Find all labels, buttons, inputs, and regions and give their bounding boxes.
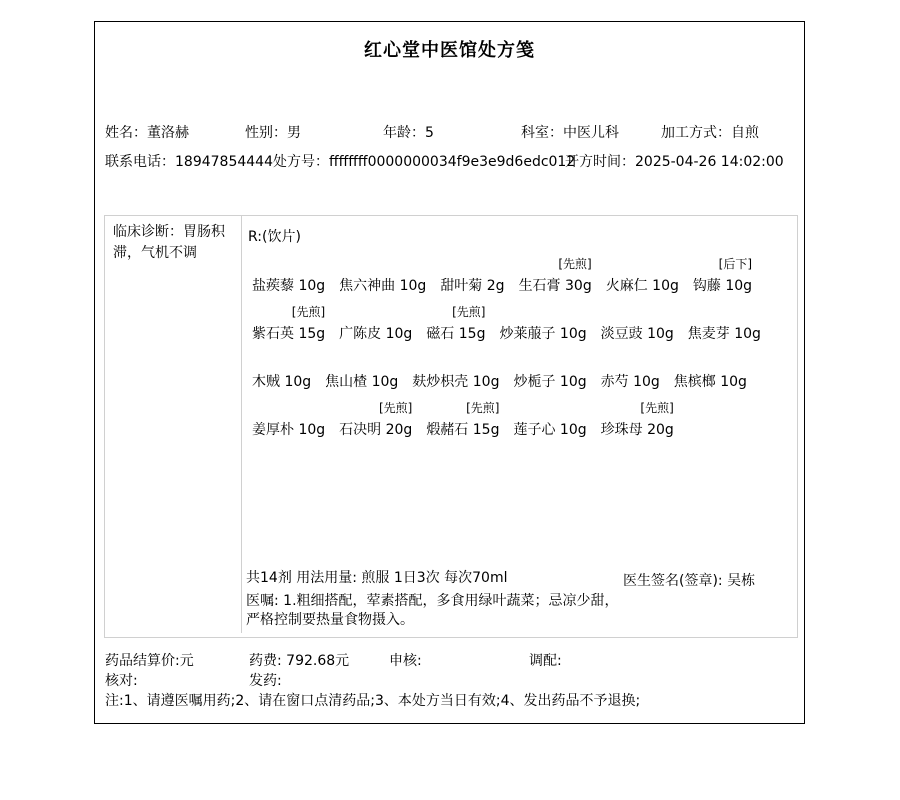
herb-row: 姜厚朴 10g[先煎]石决明 20g[先煎]煅赭石 15g 莲子心 10g[先煎… [252,396,793,444]
issue-time-value: 2025-04-26 14:02:00 [635,154,784,170]
herb-decoction-tag [252,254,325,275]
herb-name: 盐蒺藜 10g [252,275,325,300]
herb-item: 焦山楂 10g [325,350,398,396]
footer-note: 注:1、请遵医嘱用药;2、请在窗口点清药品;3、本处方当日有效;4、发出药品不予… [105,690,640,710]
phone-value: 18947854444 [175,154,273,170]
herb-name: 莲子心 10g [513,419,586,444]
herb-decoction-tag: [先煎] [519,254,592,275]
herb-decoction-tag [606,254,679,275]
herb-decoction-tag [339,302,412,323]
herb-name: 赤芍 10g [601,371,660,396]
herb-row: [先煎]紫石英 15g 广陈皮 10g[先煎]磁石 15g 炒莱菔子 10g 淡… [252,300,793,348]
department-value: 中医儿科 [563,125,619,141]
herb-name: 生石膏 30g [519,275,592,300]
herb-item: 焦六神曲 10g [339,254,426,300]
herb-name: 炒栀子 10g [513,371,586,396]
herb-name: 焦山楂 10g [325,371,398,396]
doctor-signature: 医生签名(签章): 吴栋 [623,570,755,590]
prescription-table: 临床诊断：胃肠积滞，气机不调 R:(饮片) 盐蒺藜 10g 焦六神曲 10g 甜… [104,215,798,638]
herb-decoction-tag: [先煎] [426,398,499,419]
clinical-diagnosis: 临床诊断：胃肠积滞，气机不调 [105,216,242,633]
department-field: 科室：中医儿科 [521,122,619,142]
prescription-page: 红心堂中医馆处方笺 姓名：董洛赫 性别：男 年龄：5 科室：中医儿科 加工方式：… [94,21,805,724]
herb-list: 盐蒺藜 10g 焦六神曲 10g 甜叶菊 2g[先煎]生石膏 30g 火麻仁 1… [252,252,793,444]
herb-name: 焦槟榔 10g [674,371,747,396]
herb-name: 甜叶菊 2g [440,275,504,300]
herb-decoction-tag [252,350,311,371]
processing-method-field: 加工方式：自煎 [661,122,759,142]
processing-method-label: 加工方式： [661,125,731,141]
prepare-field: 调配: [529,650,562,670]
herb-item: 炒栀子 10g [513,350,586,396]
herb-name: 珍珠母 20g [601,419,674,444]
herb-decoction-tag [688,302,761,323]
herb-name: 广陈皮 10g [339,323,412,348]
herb-name: 姜厚朴 10g [252,419,325,444]
herb-row: 木贼 10g 焦山楂 10g 麸炒枳壳 10g 炒栀子 10g 赤芍 10g 焦… [252,348,793,396]
herb-item: [先煎]煅赭石 15g [426,398,499,444]
rx-number-label: 处方号： [273,154,329,170]
issue-time-field: 开方时间：2025-04-26 14:02:00 [565,151,784,171]
herb-name: 火麻仁 10g [606,275,679,300]
herb-name: 炒莱菔子 10g [499,323,586,348]
herb-decoction-tag [499,302,586,323]
patient-age-value: 5 [425,125,434,141]
herb-item: 炒莱菔子 10g [499,302,586,348]
herb-row: 盐蒺藜 10g 焦六神曲 10g 甜叶菊 2g[先煎]生石膏 30g 火麻仁 1… [252,252,793,300]
processing-method-value: 自煎 [731,125,759,141]
herb-decoction-tag [513,398,586,419]
herb-decoction-tag [601,350,660,371]
check-field: 核对: [105,670,138,690]
patient-name-value: 董洛赫 [147,125,189,141]
patient-age-field: 年龄：5 [383,122,434,142]
herb-name: 淡豆豉 10g [601,323,674,348]
patient-gender-label: 性别： [245,125,287,141]
herb-decoction-tag [601,302,674,323]
herb-decoction-tag: [先煎] [601,398,674,419]
herb-item: 麸炒枳壳 10g [412,350,499,396]
fee-field: 药费: 792.68元 [249,650,349,670]
rx-number-field: 处方号：ffffffff0000000034f9e3e9d6edc012 [273,151,575,171]
phone-field: 联系电话：18947854444 [105,151,273,171]
herb-item: 姜厚朴 10g [252,398,325,444]
herb-item: 盐蒺藜 10g [252,254,325,300]
herb-item: 焦麦芽 10g [688,302,761,348]
rx-header: R:(饮片) [248,226,301,246]
herb-name: 紫石英 15g [252,323,325,348]
herb-decoction-tag [325,350,398,371]
review-field: 申核: [389,650,422,670]
patient-gender-value: 男 [287,125,301,141]
herb-item: 淡豆豉 10g [601,302,674,348]
herb-name: 磁石 15g [426,323,485,348]
herb-item: 焦槟榔 10g [674,350,747,396]
herb-name: 钩藤 10g [693,275,752,300]
herb-item: [先煎]石决明 20g [339,398,412,444]
patient-name-label: 姓名： [105,125,147,141]
settle-price-field: 药品结算价:元 [105,650,194,670]
herb-name: 焦六神曲 10g [339,275,426,300]
herb-name: 煅赭石 15g [426,419,499,444]
herb-item: [先煎]珍珠母 20g [601,398,674,444]
herb-item: [先煎]紫石英 15g [252,302,325,348]
patient-age-label: 年龄： [383,125,425,141]
patient-gender-field: 性别：男 [245,122,301,142]
herb-item: [先煎]磁石 15g [426,302,485,348]
herb-decoction-tag [674,350,747,371]
herb-name: 石决明 20g [339,419,412,444]
herb-item: 甜叶菊 2g [440,254,504,300]
medical-advice: 医嘱: 1.粗细搭配，荤素搭配，多食用绿叶蔬菜；忌凉少甜，严格控制要热量食物摄入… [246,592,628,630]
herb-item: 赤芍 10g [601,350,660,396]
herb-name: 麸炒枳壳 10g [412,371,499,396]
prescription-body: R:(饮片) 盐蒺藜 10g 焦六神曲 10g 甜叶菊 2g[先煎]生石膏 30… [242,216,797,637]
herb-decoction-tag [513,350,586,371]
rx-number-value: ffffffff0000000034f9e3e9d6edc012 [329,154,575,170]
dispense-field: 发药: [249,670,282,690]
patient-name-field: 姓名：董洛赫 [105,122,189,142]
usage-block: 共14剂 用法用量: 煎服 1日3次 每次70ml 医生签名(签章): 吴栋 医… [246,570,793,630]
herb-decoction-tag [412,350,499,371]
herb-decoction-tag: [先煎] [339,398,412,419]
herb-item: 木贼 10g [252,350,311,396]
herb-item: 广陈皮 10g [339,302,412,348]
herb-decoction-tag [252,398,325,419]
herb-name: 焦麦芽 10g [688,323,761,348]
issue-time-label: 开方时间： [565,154,635,170]
herb-item: [先煎]生石膏 30g [519,254,592,300]
herb-name: 木贼 10g [252,371,311,396]
herb-decoction-tag [339,254,426,275]
herb-decoction-tag [440,254,504,275]
herb-decoction-tag: [先煎] [426,302,485,323]
page-title: 红心堂中医馆处方笺 [95,36,804,62]
herb-item: 莲子心 10g [513,398,586,444]
phone-label: 联系电话： [105,154,175,170]
diagnosis-label: 临床诊断： [113,224,183,240]
herb-item: [后下]钩藤 10g [693,254,752,300]
herb-decoction-tag: [后下] [693,254,752,275]
herb-item: 火麻仁 10g [606,254,679,300]
herb-decoction-tag: [先煎] [252,302,325,323]
department-label: 科室： [521,125,563,141]
